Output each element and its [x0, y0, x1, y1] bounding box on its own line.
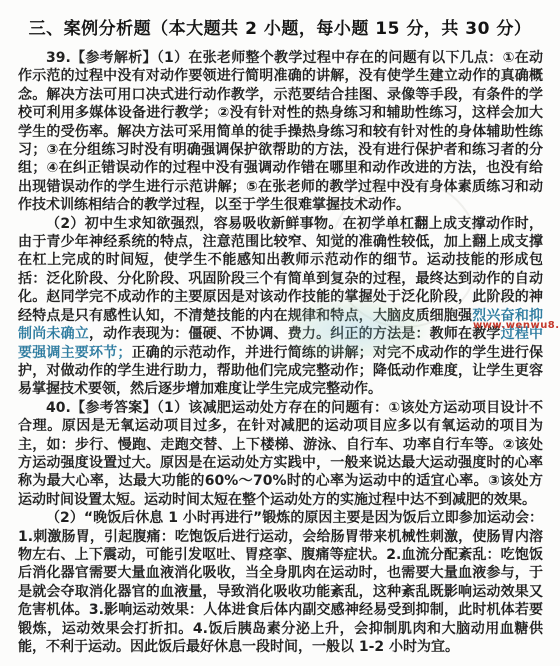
- text-run: 39.【参考解析】（1）在张老师整个教学过程中存在的问题有以下几点：①在动作示范…: [18, 50, 543, 213]
- text-run: （2）“晚饭后休息 1 小时再进行”锻炼的原因主要是因为饭后立即参加运动会：1.…: [18, 510, 543, 655]
- paragraph-1: 39.【参考解析】（1）在张老师整个教学过程中存在的问题有以下几点：①在动作示范…: [18, 49, 543, 215]
- paragraph-4: （2）“晚饭后休息 1 小时再进行”锻炼的原因主要是因为饭后立即参加运动会：1.…: [18, 509, 543, 656]
- text-run: 40.【参考答案】（1）该减肥运动处方存在的问题有：①该处方运动项目设计不合理。…: [18, 400, 543, 508]
- paragraph-2: （2）初中生求知欲强烈，容易吸收新鲜事物。在初学单杠翻上成支撑动作时，由于青少年…: [18, 215, 543, 399]
- watermark-url: www.wenwu8.c: [473, 320, 560, 331]
- paragraph-3: 40.【参考答案】（1）该减肥运动处方存在的问题有：①该处方运动项目设计不合理。…: [18, 399, 543, 509]
- text-run: ，动作表现为：僵硬、不协调、费力。纠正的方法是：教师在教学: [89, 326, 501, 342]
- page-root: 三、案例分析题（本大题共 2 小题，每小题 15 分，共 30 分） 39.【参…: [0, 0, 560, 666]
- text-run: （2）初中生求知欲强烈，容易吸收新鲜事物。在初学单杠翻上成支撑动作时，由于青少年…: [18, 216, 543, 324]
- document-body: 39.【参考解析】（1）在张老师整个教学过程中存在的问题有以下几点：①在动作示范…: [18, 49, 543, 656]
- document-title: 三、案例分析题（本大题共 2 小题，每小题 15 分，共 30 分）: [0, 0, 560, 39]
